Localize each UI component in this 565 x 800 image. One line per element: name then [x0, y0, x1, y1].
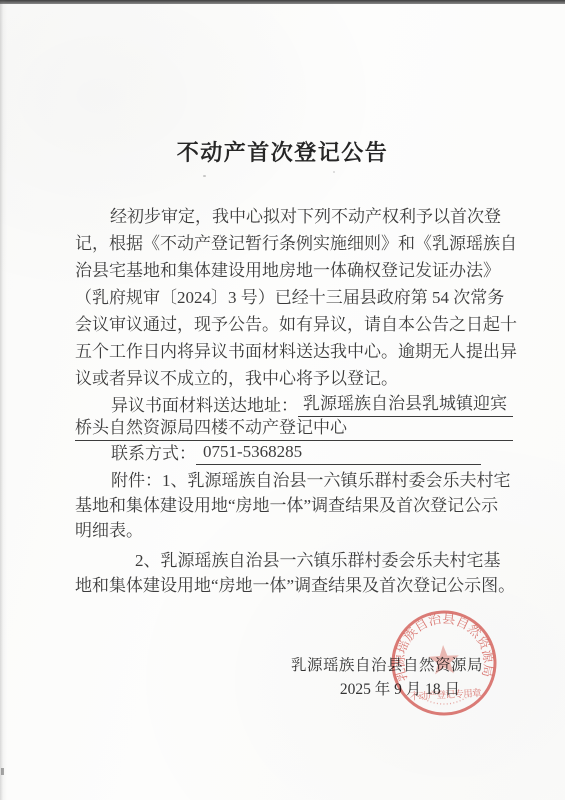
contact-label: 联系方式： [111, 443, 196, 465]
address-line: 异议书面材料送达地址： 乳源瑶族自治县乳城镇迎宾 [75, 393, 513, 417]
scan-speck [1, 768, 4, 775]
contact-underline-field: 0751-5368285 [196, 441, 481, 465]
paragraph-line: 附件：1、乳源瑶族自治县一六镇乐群村委会乐夫村宅 [75, 468, 513, 493]
scan-edge-top [0, 0, 565, 4]
seal-star-icon [428, 644, 460, 674]
attachment-2-paragraph: 2、乳源瑶族自治县一六镇乐群村委会乐夫村宅基 地和集体建设用地“房地一体”调查结… [75, 548, 513, 598]
paragraph-line: 记，根据《不动产登记暂行条例实施细则》和《乳源瑶族自 [75, 230, 513, 257]
seal-bottom-text: 不动产登记专用章 [409, 687, 482, 703]
official-seal-stamp-icon: 乳源瑶族自治县自然资源局 不动产登记专用章 [385, 604, 503, 722]
paragraph-line: 地和集体建设用地“房地一体”调查结果及首次登记公示图。 [75, 573, 513, 598]
paragraph-line: 基地和集体建设用地“房地一体”调查结果及首次登记公示 [75, 493, 513, 518]
attachment-1-paragraph: 附件：1、乳源瑶族自治县一六镇乐群村委会乐夫村宅 基地和集体建设用地“房地一体”… [75, 468, 513, 543]
paragraph-line: 五个工作日内将异议书面材料送达我中心。逾期无人提出异 [75, 338, 513, 365]
paragraph-line: 治县宅基地和集体建设用地房地一体确权登记发证办法》 [75, 257, 513, 284]
paragraph-line: 2、乳源瑶族自治县一六镇乐群村委会乐夫村宅基 [75, 548, 513, 573]
paragraph-line: 明细表。 [75, 518, 513, 543]
contact-line: 联系方式： 0751-5368285 [75, 441, 513, 465]
delivery-address-section: 异议书面材料送达地址： 乳源瑶族自治县乳城镇迎宾 桥头自然资源局四楼不动产登记中… [75, 393, 513, 465]
scan-speck [203, 175, 206, 177]
paragraph-line: 议或者异议不成立的，我中心将予以登记。 [75, 365, 513, 392]
address-underline-field: 乳源瑶族自治县乳城镇迎宾 [298, 393, 513, 417]
paragraph-line: （乳府规审〔2024〕3 号）已经十三届县政府第 54 次常务 [75, 284, 513, 311]
scanned-document-page: 不动产首次登记公告 经初步审定，我中心拟对下列不动产权利予以首次登 记，根据《不… [0, 0, 565, 800]
address-label: 异议书面材料送达地址： [111, 395, 298, 417]
address-line: 桥头自然资源局四楼不动产登记中心 [75, 417, 513, 441]
scan-speck [333, 171, 335, 173]
address-underline-field: 桥头自然资源局四楼不动产登记中心 [75, 417, 513, 441]
paragraph-line: 会议审议通过，现予公告。如有异议，请自本公告之日起十 [75, 311, 513, 338]
paragraph-line: 经初步审定，我中心拟对下列不动产权利予以首次登 [75, 203, 513, 230]
intro-paragraph: 经初步审定，我中心拟对下列不动产权利予以首次登 记，根据《不动产登记暂行条例实施… [75, 203, 513, 392]
document-title: 不动产首次登记公告 [0, 136, 565, 167]
scan-edge-left [0, 0, 7, 800]
